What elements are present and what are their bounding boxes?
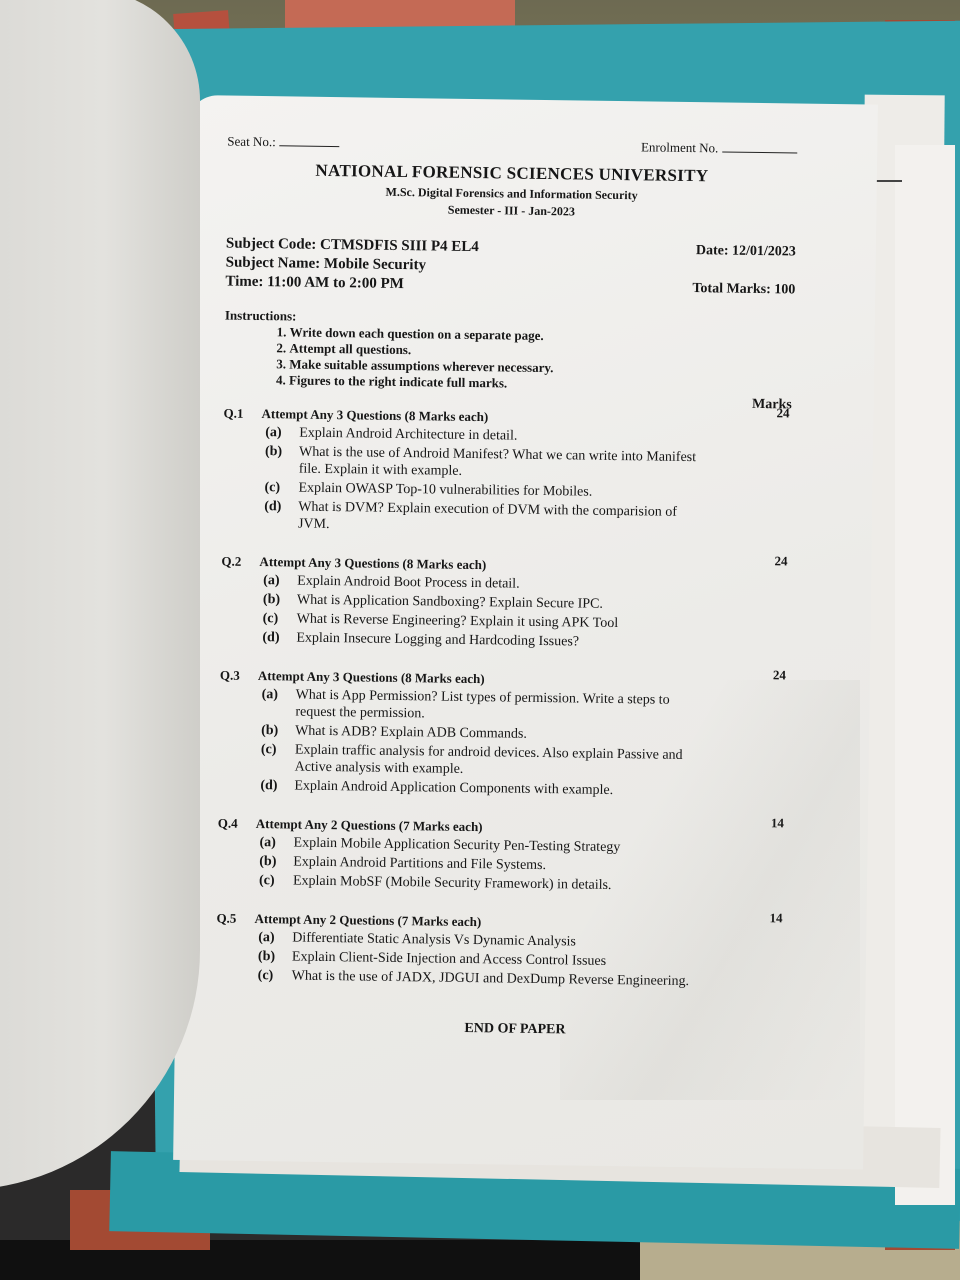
sub-question-label: (c) <box>261 741 295 775</box>
exam-meta: Subject Code: CTMSDFIS SIII P4 EL4 Subje… <box>225 235 796 300</box>
exam-date: Date: 12/01/2023 <box>693 241 796 261</box>
sub-question-label: (a) <box>265 424 299 441</box>
sub-question-label: (c) <box>263 610 297 627</box>
sub-question-label: (c) <box>259 872 293 889</box>
exam-time: Time: 11:00 AM to 2:00 PM <box>225 273 478 296</box>
question-number: Q.4 <box>218 815 256 832</box>
question-number: Q.3 <box>220 668 258 685</box>
enrolment-no: Enrolment No. <box>641 139 797 157</box>
sub-question-label: (a) <box>259 834 293 851</box>
sub-question-label: (b) <box>261 722 295 739</box>
question-title: Attempt Any 3 Questions (8 Marks each) <box>259 554 486 573</box>
sub-question-text: Explain Insecure Logging and Hardcoding … <box>296 630 706 653</box>
instructions-list: Write down each question on a separate p… <box>224 324 795 396</box>
enrolment-blank <box>722 151 797 153</box>
seat-no: Seat No.: <box>227 134 340 152</box>
sub-question-label: (a) <box>258 929 292 946</box>
question-title: Attempt Any 2 Questions (7 Marks each) <box>254 911 481 930</box>
sub-question-label: (c) <box>258 967 292 984</box>
question-marks: 24 <box>774 553 787 569</box>
question-title: Attempt Any 2 Questions (7 Marks each) <box>256 816 483 835</box>
total-marks: Total Marks: 100 <box>692 279 795 299</box>
question-number: Q.1 <box>223 406 261 423</box>
sub-question-text: What is DVM? Explain execution of DVM wi… <box>298 499 708 539</box>
sub-question-label: (a) <box>263 572 297 589</box>
sub-question-label: (b) <box>265 443 299 477</box>
sub-question-label: (a) <box>261 686 295 720</box>
sub-question-label: (d) <box>264 498 298 532</box>
question-number: Q.5 <box>216 910 254 927</box>
seat-label: Seat No.: <box>227 134 276 150</box>
enrolment-label: Enrolment No. <box>641 139 718 155</box>
sub-question-label: (c) <box>264 479 298 496</box>
sub-question-text: What is the use of Android Manifest? Wha… <box>299 444 709 484</box>
sub-question-label: (d) <box>262 629 296 646</box>
question-number: Q.2 <box>221 554 259 571</box>
sub-question-label: (d) <box>260 777 294 794</box>
question-title: Attempt Any 3 Questions (8 Marks each) <box>261 406 488 425</box>
sub-question-label: (b) <box>263 591 297 608</box>
sub-question: (d)What is DVM? Explain execution of DVM… <box>264 498 792 539</box>
sub-question-label: (b) <box>258 948 292 965</box>
back-sheet <box>895 145 955 1205</box>
sub-question: (b)What is the use of Android Manifest? … <box>265 443 793 484</box>
question-block: Q.1Attempt Any 3 Questions (8 Marks each… <box>222 406 794 540</box>
sub-question-label: (b) <box>259 853 293 870</box>
shadow <box>560 680 860 1100</box>
question-title: Attempt Any 3 Questions (8 Marks each) <box>258 668 485 687</box>
left-page-curl <box>0 0 200 1190</box>
id-row: Seat No.: Enrolment No. <box>227 134 797 158</box>
question-marks: 24 <box>777 405 790 421</box>
seat-blank <box>280 145 340 147</box>
question-block: Q.2Attempt Any 3 Questions (8 Marks each… <box>220 554 791 654</box>
